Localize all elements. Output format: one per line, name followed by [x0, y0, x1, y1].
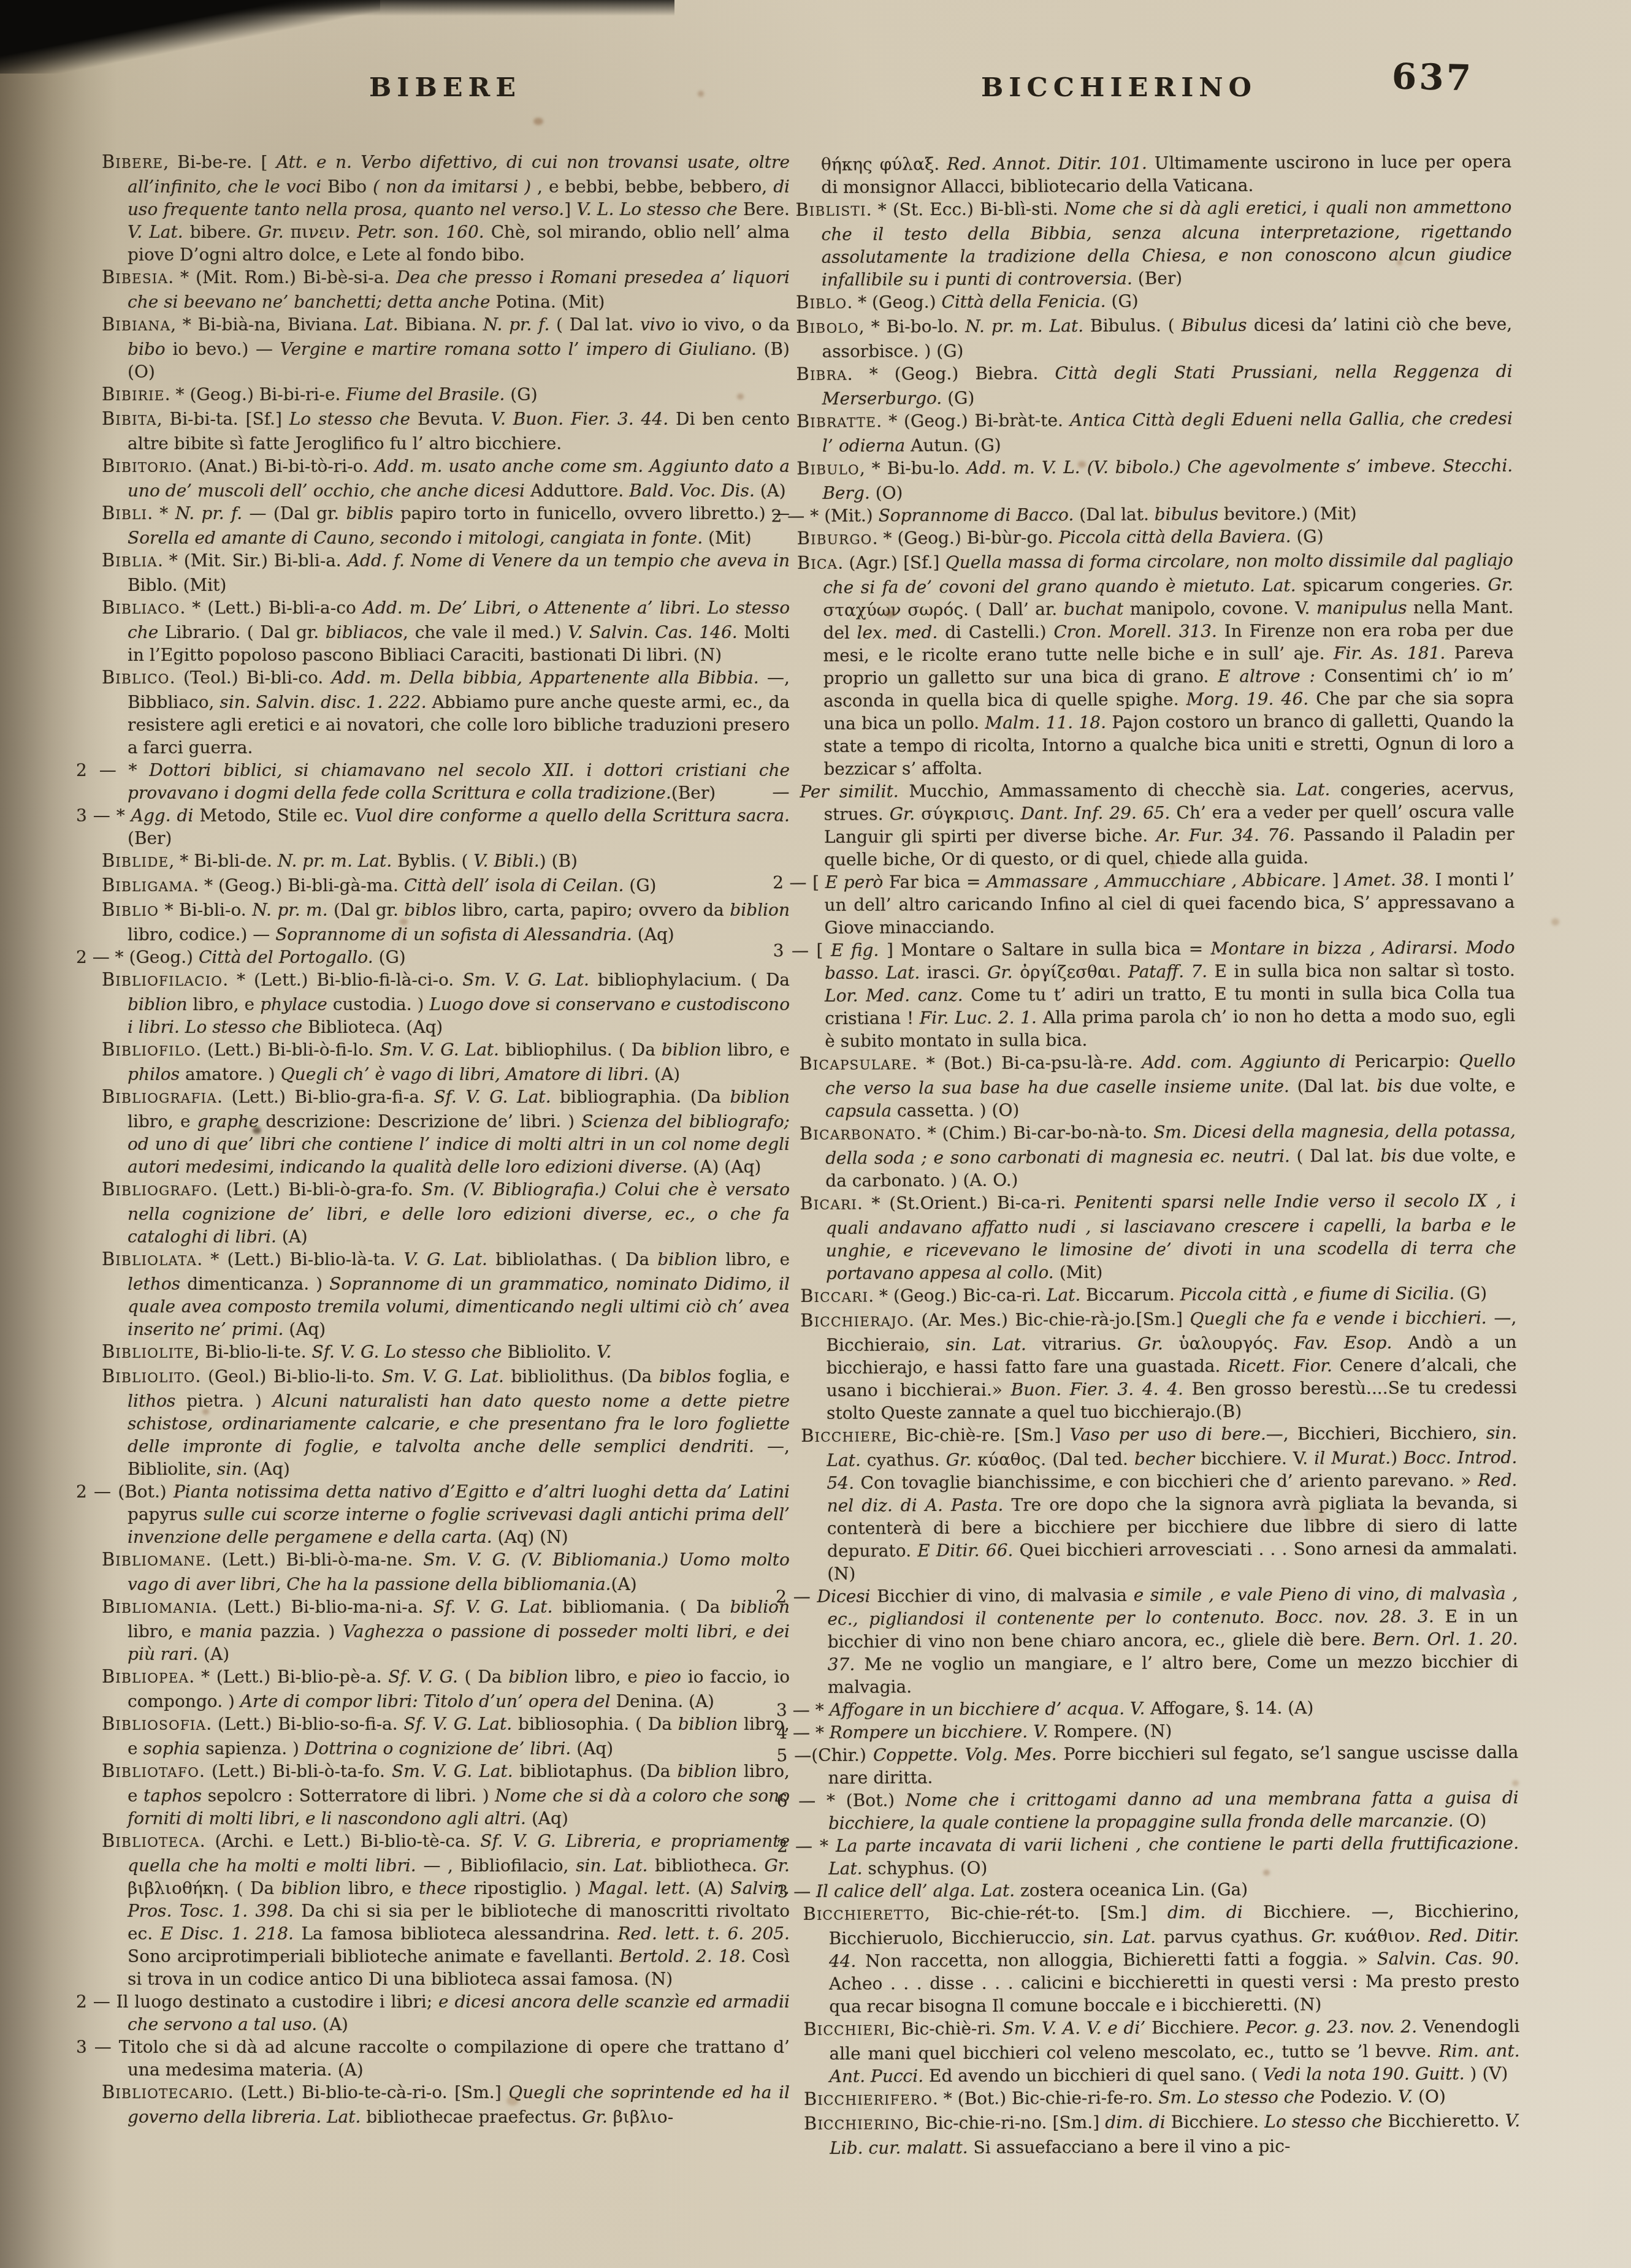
- entry-text: . (Lett.) Bi-blio-te-cà-ri-o. [Sm.]: [228, 2082, 509, 2102]
- entry-text: (Ber): [1138, 268, 1183, 288]
- entry-text: amatore. ): [185, 1064, 281, 1084]
- dictionary-entry: Bibliotafo. (Lett.) Bi-bli-ò-ta-fo. Sm. …: [102, 1760, 790, 1830]
- entry-text: Rompere un bicchiere. V.: [830, 1721, 1054, 1743]
- entry-text: (Mit): [708, 528, 752, 548]
- entry-text: Quegli che fa e vende i bicchieri.: [1190, 1307, 1494, 1329]
- entry-text: —, Bicchieri, Bicchiero,: [1266, 1423, 1486, 1444]
- dictionary-entry: Biblio * Bi-bli-o. N. pr. m. (Dal gr. bi…: [102, 899, 790, 946]
- entry-text: lex. med.: [857, 622, 945, 643]
- entry-text: libro, e: [128, 1621, 199, 1642]
- entry-text: io vivo, o da: [682, 314, 790, 335]
- entry-text: mania: [199, 1621, 261, 1642]
- entry-headword: Biblico: [102, 668, 170, 688]
- entry-text: Bibiana.: [405, 314, 483, 335]
- entry-text: Bald. Voc. Dis.: [629, 481, 760, 501]
- entry-text: . (Lett.) Bi-bli-ò-ma-ne.: [206, 1550, 423, 1570]
- entry-text: Piccola città della Baviera.: [1059, 526, 1297, 547]
- entry-text: E altrove :: [1218, 666, 1324, 687]
- running-head-right: BICCHIERINO: [797, 72, 1441, 103]
- entry-text: N. pr. m.: [252, 900, 334, 920]
- entry-text: Fav. Esop.: [1294, 1333, 1408, 1353]
- dictionary-entry: Bibliografo. (Lett.) Bi-bli-ò-gra-fo. Sm…: [102, 1178, 790, 1248]
- entry-text: Autun. (G): [911, 435, 1001, 456]
- entry-text: Magal. lett.: [589, 1878, 698, 1898]
- entry-headword: Bibliolite: [102, 1342, 194, 1362]
- entry-text: . * (Geog.) Bic-ca-ri.: [868, 1285, 1047, 1306]
- entry-text: parvus cyathus.: [1164, 1926, 1312, 1947]
- entry-text: manipulus: [1316, 598, 1413, 618]
- dictionary-subentry: 2 — * (Mit.) Soprannome di Bacco. (Dal l…: [797, 501, 1513, 527]
- entry-text: Denina. (A): [616, 1691, 714, 1711]
- dictionary-entry: Bicchierifero. * (Bot.) Bic-chie-ri-fe-r…: [804, 2085, 1520, 2112]
- entry-text: Gr.: [1488, 574, 1513, 595]
- entry-text: , * Bi-bli-de.: [169, 851, 278, 871]
- dictionary-entry: Bicchieretto, Bic-chie-rét-to. [Sm.] dim…: [803, 1900, 1519, 2018]
- entry-text: dim. di: [1167, 1902, 1263, 1923]
- entry-text: (A): [323, 2014, 348, 2034]
- entry-text: Lor. Med. canz.: [825, 985, 971, 1006]
- entry-text: descrizione: Descrizione de’ libri. ): [265, 1111, 581, 1132]
- entry-text: Red. lett. t. 6. 205.: [617, 1924, 790, 1944]
- entry-text: bibliosophia. ( Da: [518, 1714, 678, 1734]
- entry-text: Sm. V. G. Lat.: [462, 970, 598, 990]
- entry-text: pazzia. ): [260, 1621, 343, 1642]
- stain: [1551, 918, 1559, 926]
- entry-text: libro, carta, papiro; ovvero da: [462, 900, 730, 920]
- entry-text: sophia: [143, 1738, 205, 1759]
- entry-text: libro, e: [725, 1249, 790, 1269]
- entry-text: Sf. V. G. Lat.: [434, 1087, 560, 1107]
- entry-text: (O): [1418, 2086, 1446, 2106]
- entry-text: Bicchieretto.: [1388, 2110, 1505, 2131]
- entry-text: ) (B): [540, 851, 578, 871]
- entry-text: biblos: [404, 900, 462, 920]
- entry-text: (Dal lat.: [1297, 1076, 1377, 1097]
- entry-text: Sf. V. G. Lo stesso che: [312, 1342, 508, 1362]
- entry-text: N. pr. f.: [483, 314, 556, 335]
- entry-text: Gr.: [890, 804, 922, 824]
- entry-headword: Biblide: [102, 851, 169, 871]
- entry-text: (Ber): [128, 828, 172, 848]
- entry-text: Sf. V. G. Lat.: [433, 1597, 562, 1617]
- dictionary-entry-continuation: θήκης φύλαξ. Red. Annot. Ditir. 101. Ult…: [795, 150, 1511, 199]
- entry-text: , Bic-chiè-re. [Sm.]: [892, 1425, 1070, 1445]
- left-column: Bibere, Bi-be-re. [ Att. e n. Verbo dife…: [102, 151, 790, 2128]
- entry-text: bibliolathas. ( Da: [495, 1249, 657, 1269]
- entry-text: . (Archi. e Lett.) Bi-blio-tè-ca.: [200, 1831, 480, 1851]
- entry-text: ὑαλουργός.: [1179, 1333, 1294, 1353]
- entry-text: Mucchio, Ammassamento di checchè sia.: [909, 779, 1296, 801]
- entry-text: Il calice dell’ alga. Lat.: [816, 1880, 1020, 1901]
- entry-text: (A) (Aq): [693, 1157, 761, 1177]
- entry-text: Fir. As. 181.: [1334, 642, 1454, 663]
- entry-text: Petr. son. 160.: [357, 222, 491, 242]
- entry-text: E in sulla bica non saltar sì tosto.: [1215, 960, 1515, 981]
- entry-headword: Bibra: [796, 364, 847, 384]
- entry-text: bibliomania. ( Da: [562, 1597, 730, 1617]
- entry-text: Piccola città , e fiume di Sicilia.: [1180, 1283, 1460, 1304]
- entry-text: . (Lett.) Bi-blio-gra-fi-a.: [217, 1087, 434, 1107]
- entry-text: bibere.: [190, 222, 258, 242]
- entry-text: (A): [760, 481, 786, 501]
- entry-text: (G): [1111, 291, 1138, 311]
- entry-text: (Aq): [289, 1319, 326, 1339]
- entry-text: Ammassare , Ammucchiare , Abbicare.: [987, 870, 1332, 891]
- entry-text: sin. Salvin. disc. 1. 222.: [220, 692, 432, 712]
- entry-text: Ricett. Fior.: [1228, 1355, 1340, 1376]
- entry-text: (Aq): [532, 1808, 568, 1828]
- entry-text: , Bic-chie-rét-to. [Sm.]: [925, 1902, 1167, 1924]
- entry-text: 5 —(Chir.): [776, 1745, 873, 1765]
- page-number: 637: [1391, 56, 1473, 99]
- entry-text: * Bi-bli-o.: [159, 900, 252, 920]
- dictionary-entry: Bibliomania. (Lett.) Bi-blio-ma-ni-a. Sf…: [102, 1596, 790, 1665]
- entry-text: thece: [419, 1878, 474, 1898]
- dictionary-entry: Bicchieri, Bic-chiè-ri. Sm. V. A. V. e d…: [803, 2015, 1519, 2088]
- entry-headword: Bicapsulare: [799, 1053, 912, 1074]
- entry-text: . (Lett.) Bi-blio-so-fi-a.: [206, 1714, 403, 1734]
- entry-text: E Ditir. 66.: [917, 1540, 1019, 1561]
- entry-text: becher: [1134, 1448, 1201, 1469]
- entry-text: (G): [629, 875, 656, 896]
- entry-text: 2 — [: [773, 872, 825, 892]
- entry-text: (A): [611, 1574, 636, 1594]
- entry-text: Add. com. Aggiunto di: [1142, 1051, 1354, 1073]
- entry-text: sin. Lat.: [1083, 1927, 1164, 1947]
- dictionary-entry: Bicapsulare. * (Bot.) Bi-ca-psu-là-re. A…: [799, 1049, 1515, 1122]
- dictionary-subentry: 3 — Titolo che si dà ad alcune raccolte …: [102, 2036, 790, 2081]
- entry-text: Librario. ( Dal gr.: [165, 622, 326, 642]
- entry-text: zostera oceanica Lin. (Ga): [1020, 1879, 1248, 1901]
- entry-text: V. Buon. Fier. 3. 44.: [491, 409, 676, 429]
- dictionary-entry: Bibliofilacio. * (Lett.) Bi-blio-fi-là-c…: [102, 968, 790, 1038]
- entry-text: —: [772, 782, 800, 802]
- entry-text: Lo stesso che: [289, 409, 418, 429]
- entry-text: biblion: [657, 1249, 725, 1269]
- entry-text: bibulus: [1155, 504, 1224, 524]
- dictionary-subentry: 3 — * Agg. di Metodo, Stile ec. Vuol dir…: [102, 804, 790, 850]
- entry-text: E Disc. 1. 218.: [161, 1924, 302, 1944]
- dictionary-entry: Bibolo, * Bi-bo-lo. N. pr. m. Lat. Bibul…: [796, 313, 1512, 363]
- entry-text: sin.: [217, 1459, 253, 1479]
- dictionary-entry: Bibliopea. * (Lett.) Bi-blio-pè-a. Sf. V…: [102, 1665, 790, 1713]
- entry-text: κύαθος. (Dal ted.: [977, 1449, 1134, 1470]
- dictionary-entry: Bibratte. * (Geog.) Bi-bràt-te. Antica C…: [796, 407, 1513, 457]
- entry-text: papyrus: [128, 1504, 204, 1524]
- entry-headword: Bibere: [102, 152, 163, 172]
- entry-text: Biccarum.: [1086, 1284, 1180, 1305]
- entry-text: ( Dal lat.: [556, 314, 640, 335]
- entry-text: Pataff. 7.: [1128, 961, 1215, 982]
- entry-text: V. Salvin. Cas. 146.: [568, 622, 744, 642]
- entry-text: Città della Fenicia.: [941, 291, 1111, 312]
- entry-text: Ar. Fur. 34. 76.: [1156, 824, 1304, 845]
- dictionary-subentry: 2 — Dicesi Bicchier di vino, di malvasia…: [801, 1582, 1518, 1699]
- entry-text: sulle cui scorze interne o foglie scrive…: [128, 1504, 790, 1547]
- entry-headword: Biblioteca: [102, 1831, 200, 1851]
- entry-text: manipolo, covone. V.: [1130, 598, 1316, 618]
- dictionary-entry: Bicchierino, Bic-chie-ri-no. [Sm.] dim. …: [804, 2109, 1520, 2160]
- entry-text: biblion: [508, 1667, 575, 1687]
- stain: [533, 118, 543, 125]
- entry-text: Add. m. Della bibbia, Appartenente alla …: [332, 668, 768, 688]
- entry-headword: Bibitorio: [102, 456, 187, 476]
- entry-text: — , Bibliofilacio,: [423, 1855, 576, 1876]
- entry-text: . * (Lett.) Bi-blio-fi-là-ci-o.: [223, 970, 462, 990]
- dictionary-entry: Biblico. (Teol.) Bi-bli-co. Add. m. Dell…: [102, 666, 790, 759]
- entry-text: N. pr. m. Lat.: [965, 316, 1090, 337]
- entry-text: (Aq) (N): [497, 1527, 568, 1547]
- entry-text: Per similit.: [800, 781, 909, 802]
- entry-text: ): [1391, 1448, 1404, 1468]
- dictionary-entry: Bibiana, * Bi-bià-na, Biviana. Lat. Bibi…: [102, 313, 790, 383]
- entry-headword: Bibliomane: [102, 1550, 206, 1570]
- entry-headword: Bibliolata: [102, 1249, 197, 1269]
- entry-text: N. pr. f.: [175, 503, 250, 523]
- entry-text: io bevo.) —: [172, 339, 280, 359]
- entry-text: libro, e: [727, 1040, 790, 1060]
- entry-text: . * (Lett.) Bi-blio-pè-a.: [189, 1667, 388, 1687]
- entry-text: bibliothecae praefectus.: [366, 2107, 582, 2127]
- entry-text: (O): [876, 482, 903, 503]
- dictionary-entry: Bibligama. * (Geog.) Bi-bli-gà-ma. Città…: [102, 874, 790, 899]
- entry-text: bibo: [128, 339, 172, 359]
- entry-text: bibliacos: [326, 622, 403, 642]
- entry-text: Me ne voglio un mangiare, e l’ altro ber…: [828, 1651, 1518, 1697]
- entry-text: Arte di compor libri: Titolo d’un’ opera…: [240, 1691, 616, 1711]
- entry-text: 4 — *: [776, 1722, 830, 1743]
- entry-text: Podezio.: [1320, 2087, 1398, 2107]
- entry-text: , che vale il med.): [403, 622, 568, 642]
- entry-headword: Bibulo: [796, 459, 860, 479]
- entry-text: . * (Bot.) Bic-chie-ri-fe-ro.: [933, 2087, 1158, 2109]
- entry-text: Non raccetta, non alloggia, Bichieretti …: [865, 1949, 1377, 1971]
- entry-text: dim. di: [1105, 2112, 1171, 2132]
- dictionary-entry: Bibere, Bi-be-re. [ Att. e n. Verbo dife…: [102, 151, 790, 266]
- entry-text: graphe: [197, 1111, 266, 1132]
- entry-text: ) (V): [1470, 2063, 1508, 2083]
- dictionary-entry: Biblo. * (Geog.) Città della Fenicia. (G…: [796, 288, 1512, 316]
- entry-headword: Bibliotecario: [102, 2082, 228, 2102]
- entry-text: irasci.: [927, 962, 988, 983]
- entry-text: E però: [825, 872, 889, 892]
- entry-text: Bicchiere.: [1152, 2017, 1245, 2038]
- entry-text: Red. Annot. Ditir. 101.: [947, 153, 1155, 173]
- entry-text: taphos: [143, 1786, 208, 1806]
- entry-text: V. Bibli.: [473, 851, 539, 871]
- entry-text: due volte, e: [1410, 1075, 1516, 1096]
- entry-text: bibliotaphus. (Da: [520, 1761, 678, 1781]
- dictionary-entry: Bibliosofia. (Lett.) Bi-blio-so-fi-a. Sf…: [102, 1713, 790, 1760]
- dictionary-subentry: 2 — Il luogo destinato a custodire i lib…: [102, 1990, 790, 2036]
- entry-text: V. Lat.: [128, 222, 190, 242]
- entry-text: philos: [128, 1064, 185, 1084]
- photo-corner-shadow: [0, 0, 380, 74]
- entry-text: (G): [1296, 526, 1323, 546]
- entry-text: Add. f. Nome di Venere da un tempio che …: [348, 550, 790, 571]
- entry-headword: Bicchiere: [801, 1425, 892, 1446]
- entry-text: sin. Lat.: [576, 1855, 655, 1876]
- entry-text: . * (Bot.) Bi-ca-psu-là-re.: [912, 1052, 1142, 1074]
- dictionary-entry: Bicari. * (St.Orient.) Bi-ca-ri. Peniten…: [800, 1189, 1516, 1285]
- entry-text: Fir. Luc. 2. 1.: [920, 1007, 1043, 1028]
- entry-text: Con tovaglie bianchissime, e con bicchie…: [860, 1470, 1478, 1493]
- entry-text: 2 —: [776, 1586, 817, 1607]
- dictionary-entry: Biblisti. * (St. Ecc.) Bi-blì-sti. Nome …: [795, 196, 1512, 291]
- entry-text: Sm. Lo stesso che: [1158, 2087, 1320, 2107]
- entry-text: Bevuta.: [418, 409, 491, 429]
- entry-headword: Bicchieretto: [803, 1903, 925, 1924]
- dictionary-entry: Bibitorio. (Anat.) Bi-bi-tò-ri-o. Add. m…: [102, 455, 790, 502]
- entry-text: . * (Geog.): [847, 292, 941, 313]
- entry-text: 2 — * (Geog.): [76, 947, 199, 967]
- entry-text: Lat.: [1047, 1285, 1086, 1305]
- entry-text: , * Bi-bià-na, Biviana.: [170, 314, 364, 335]
- entry-text: ( Da: [465, 1667, 509, 1687]
- entry-text: Salvin. Cas. 90.: [1377, 1948, 1519, 1969]
- dictionary-entry: Bibliotecario. (Lett.) Bi-blio-te-cà-ri-…: [102, 2081, 790, 2128]
- entry-headword: Bibliofilacio: [102, 970, 223, 990]
- entry-text: Gr.: [1311, 1926, 1345, 1946]
- entry-text: . * (Chim.) Bi-car-bo-nà-to.: [916, 1122, 1153, 1143]
- entry-text: Cron. Morell. 313.: [1053, 621, 1224, 642]
- entry-headword: Bibliopea: [102, 1667, 189, 1687]
- entry-text: V. L. Lo stesso che: [576, 199, 743, 219]
- entry-text: Città dell’ isola di Ceilan.: [404, 875, 630, 896]
- entry-text: 3 — [: [773, 940, 831, 961]
- entry-text: ( non da imitarsi ): [373, 177, 537, 197]
- entry-text: βιβλιο-: [613, 2107, 673, 2127]
- entry-text: Malm. 11. 18.: [985, 712, 1112, 733]
- entry-text: Gr.: [946, 1450, 978, 1470]
- entry-text: (Aq): [638, 924, 674, 945]
- entry-text: biblion: [677, 1761, 744, 1781]
- dictionary-subentry: 5 —(Chir.) Coppette. Volg. Mes. Porre bi…: [802, 1741, 1518, 1789]
- dictionary-entry: Biblioteca. (Archi. e Lett.) Bi-blio-tè-…: [102, 1830, 790, 1990]
- entry-headword: Bibliografo: [102, 1179, 212, 1200]
- entry-text: Pericarpio:: [1354, 1051, 1459, 1071]
- entry-text: N. pr. m. Lat.: [278, 851, 397, 871]
- entry-text: Bicchier di vino, di malvasia: [877, 1585, 1134, 1607]
- entry-text: bibliophilus. ( Da: [505, 1040, 662, 1060]
- entry-text: biblion: [730, 900, 790, 920]
- entry-text: custodia. ): [333, 994, 430, 1014]
- entry-text: bibliolithus. (Da: [511, 1366, 659, 1387]
- entry-text: V. G. Lat.: [403, 1249, 495, 1269]
- entry-text: Soprannome di Bacco.: [879, 504, 1080, 525]
- entry-text: Vuol dire conforme a quello della Scritt…: [354, 805, 790, 826]
- entry-text: ripostiglio. ): [474, 1878, 589, 1898]
- entry-text: . (Ar. Mes.) Bic-chie-rà-jo.[Sm.]: [909, 1309, 1190, 1330]
- entry-headword: Bibiana: [102, 314, 170, 335]
- entry-text: (A): [654, 1064, 680, 1084]
- entry-text: cassetta. ) (O): [897, 1100, 1019, 1121]
- dictionary-entry: Biblia. * (Mit. Sir.) Bi-bli-a. Add. f. …: [102, 549, 790, 596]
- entry-text: 3 — Titolo che si dà ad alcune raccolte …: [76, 2037, 790, 2080]
- entry-text: bibliographia. (Da: [560, 1087, 730, 1107]
- dictionary-entry: Bibliaco. * (Lett.) Bi-bli-a-co Add. m. …: [102, 596, 790, 666]
- entry-text: Vaso per uso di bere.: [1070, 1424, 1266, 1445]
- dictionary-subentry: 2 — * La parte incavata di varii licheni…: [803, 1832, 1519, 1880]
- entry-text: schyphus. (O): [868, 1858, 987, 1879]
- entry-text: , Bic-chie-ri-no. [Sm.]: [914, 2112, 1106, 2133]
- entry-text: (G): [947, 388, 974, 408]
- dictionary-entry: Bicarbonato. * (Chim.) Bi-car-bo-nà-to. …: [800, 1119, 1516, 1192]
- entry-text: pieo: [644, 1667, 688, 1687]
- dictionary-subentry: 3 — * Affogare in un bicchiere d’ acqua.…: [802, 1695, 1518, 1721]
- entry-text: . * (Lett.) Bi-blio-là-ta.: [197, 1249, 403, 1269]
- entry-text: sapienza. ): [205, 1738, 305, 1759]
- dictionary-subentry: 2 — * Dottori biblici, si chiamavano nel…: [102, 759, 790, 804]
- entry-text: 2 — (Bot.): [76, 1482, 174, 1502]
- entry-text: Byblis. (: [397, 851, 473, 871]
- entry-text: Vedi la nota 190. Guitt.: [1263, 2063, 1470, 2084]
- entry-headword: Bibratte: [796, 411, 876, 432]
- entry-text: dimenticanza. ): [187, 1274, 329, 1294]
- entry-text: Si assuefacciano a bere il vino a pic-: [973, 2136, 1290, 2158]
- entry-text: Metodo, Stile ec.: [199, 805, 354, 826]
- entry-text: , Bic-chiè-ri.: [890, 2019, 1002, 2039]
- entry-headword: Bibli: [102, 503, 147, 523]
- right-column: θήκης φύλαξ. Red. Annot. Ditir. 101. Ult…: [795, 150, 1520, 2160]
- dictionary-entry: Bibesia. * (Mit. Rom.) Bi-bè-si-a. Dea c…: [102, 266, 790, 313]
- entry-text: Buon. Fier. 3. 4. 4.: [1011, 1379, 1192, 1399]
- entry-text: Bicchiere.: [1171, 2112, 1265, 2133]
- entry-text: Sm. V. A. V. e di’: [1002, 2017, 1152, 2038]
- page-gutter-shadow: [0, 0, 116, 2268]
- entry-text: libro, codice.) —: [128, 924, 275, 945]
- entry-text: 3 — *: [76, 805, 131, 826]
- entry-text: ]: [564, 199, 576, 219]
- dictionary-subentry: 3 — Il calice dell’ alga. Lat. zostera o…: [803, 1877, 1519, 1903]
- entry-text: biblion: [730, 1087, 790, 1107]
- dictionary-entry: Biccari. * (Geog.) Bic-ca-ri. Lat. Bicca…: [800, 1282, 1516, 1309]
- entry-text: , * Bi-bu-lo.: [860, 458, 967, 479]
- entry-headword: Bibliosofia: [102, 1714, 206, 1734]
- entry-text: Bibulus. (: [1090, 315, 1182, 336]
- entry-text: . * (Mit. Rom.) Bi-bè-si-a.: [168, 267, 396, 287]
- entry-text: Bere.: [743, 199, 790, 219]
- dictionary-entry: Bibli. * N. pr. f. — (Dal gr. biblis pap…: [102, 502, 790, 549]
- entry-text: biblion: [281, 1878, 348, 1898]
- entry-text: Bibliolito.: [507, 1342, 597, 1362]
- entry-text: Bibulus: [1182, 315, 1254, 336]
- entry-headword: Biburgo: [797, 528, 873, 549]
- entry-text: phylace: [260, 994, 333, 1014]
- entry-text: 2 — *: [777, 1836, 836, 1856]
- entry-text: (A): [698, 1878, 731, 1898]
- entry-text: Potina. (Mit): [495, 292, 605, 312]
- dictionary-entry: Biburgo. * (Geog.) Bi-bùr-go. Piccola ci…: [797, 524, 1513, 552]
- entry-text: Biblioteca. (Aq): [308, 1017, 443, 1037]
- entry-text: κυάθιον.: [1345, 1926, 1429, 1947]
- dictionary-entry: Bibliolito. (Geol.) Bi-blio-li-to. Sm. V…: [102, 1365, 790, 1480]
- entry-text: bevitore.) (Mit): [1224, 503, 1357, 524]
- entry-text: Vergine e martire romana sotto l’ impero…: [280, 339, 764, 359]
- dictionary-entry: Bica. (Agr.) [Sf.] Quella massa di forma…: [797, 549, 1514, 780]
- entry-text: , Bi-blio-li-te.: [194, 1342, 312, 1362]
- entry-text: . * (Geog.) Bi-bùr-go.: [873, 527, 1059, 548]
- entry-text: ὀργίζεσθαι.: [1020, 962, 1128, 983]
- entry-text: . (Anat.) Bi-bi-tò-ri-o.: [187, 456, 375, 476]
- entry-text: . (Lett.) Bi-bli-ò-fi-lo.: [196, 1040, 380, 1060]
- entry-text: Biblo. (Mit): [128, 575, 226, 595]
- entry-text: Sm. V. G. Lat.: [380, 1040, 505, 1060]
- book-page: BIBERE BICCHIERINO 637 Bibere, Bi-be-re.…: [0, 0, 1631, 2268]
- entry-text: Bibo: [327, 177, 373, 197]
- entry-text: . (Lett.) Bi-bli-ò-gra-fo.: [212, 1179, 421, 1200]
- entry-text: . * (Geog.) Bi-bi-ri-e.: [165, 384, 346, 405]
